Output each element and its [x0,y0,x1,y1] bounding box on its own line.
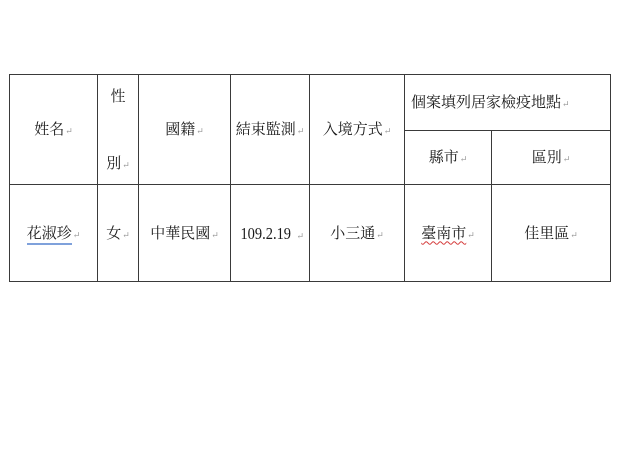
header-entry-method-cell: 入境方式↵ [310,75,405,185]
cell-nationality: 中華民國↵ [139,185,231,282]
table-row: 花淑珍↵ 女↵ 中華民國↵ 109.2.19↵ 小三通↵ 臺南市↵ 佳里區↵ [10,185,611,282]
paragraph-mark-icon: ↵ [297,127,305,137]
cell-district: 佳里區↵ [492,185,611,282]
paragraph-mark-icon: ↵ [122,161,130,171]
case-entry-method: 小三通 [330,224,375,242]
paragraph-mark-icon: ↵ [467,231,475,241]
header-name-cell: 姓名↵ [10,75,98,185]
header-gender-cell: 性 別↵ [98,75,139,185]
cell-county-city: 臺南市↵ [405,185,492,282]
header-gender-top: 性 [110,89,125,104]
paragraph-mark-icon: ↵ [460,155,468,165]
paragraph-mark-icon: ↵ [570,231,578,241]
header-nationality-cell: 國籍↵ [139,75,231,185]
header-row: 姓名↵ 性 別↵ 國籍↵ 結束監測↵ 入境方式↵ 個案填列居家檢疫地點↵ [10,75,611,131]
case-nationality: 中華民國 [150,224,210,242]
cell-name: 花淑珍↵ [10,185,98,282]
paragraph-mark-icon: ↵ [563,155,571,165]
case-gender: 女 [106,224,121,242]
paragraph-mark-icon: ↵ [376,231,384,241]
header-county-city: 縣市 [429,148,459,166]
cell-end-monitoring: 109.2.19↵ [231,185,310,282]
header-gender-bottom: 別 [106,154,121,172]
header-end-monitoring-cell: 結束監測↵ [231,75,310,185]
header-district-cell: 區別↵ [492,131,611,185]
header-district: 區別 [532,148,562,166]
paragraph-mark-icon: ↵ [562,100,570,110]
case-end-monitoring: 109.2.19 [240,225,291,242]
paragraph-mark-icon: ↵ [122,231,130,241]
cell-gender: 女↵ [98,185,139,282]
paragraph-mark-icon: ↵ [73,231,81,241]
case-county-city: 臺南市 [421,224,466,242]
header-county-city-cell: 縣市↵ [405,131,492,185]
paragraph-mark-icon: ↵ [384,127,392,137]
header-end-monitoring: 結束監測 [236,120,296,138]
paragraph-mark-icon: ↵ [296,232,304,242]
header-nationality: 國籍 [165,120,195,138]
quarantine-case-table: 姓名↵ 性 別↵ 國籍↵ 結束監測↵ 入境方式↵ 個案填列居家檢疫地點↵ 縣市↵… [9,74,611,282]
paragraph-mark-icon: ↵ [65,127,73,137]
header-name: 姓名 [34,120,64,138]
case-name: 花淑珍 [27,224,72,245]
header-entry-method: 入境方式 [323,120,383,138]
header-quarantine-location-cell: 個案填列居家檢疫地點↵ [405,75,611,131]
paragraph-mark-icon: ↵ [211,231,219,241]
cell-entry-method: 小三通↵ [310,185,405,282]
header-quarantine-location: 個案填列居家檢疫地點 [411,93,561,111]
case-district: 佳里區 [524,224,569,242]
paragraph-mark-icon: ↵ [196,127,204,137]
